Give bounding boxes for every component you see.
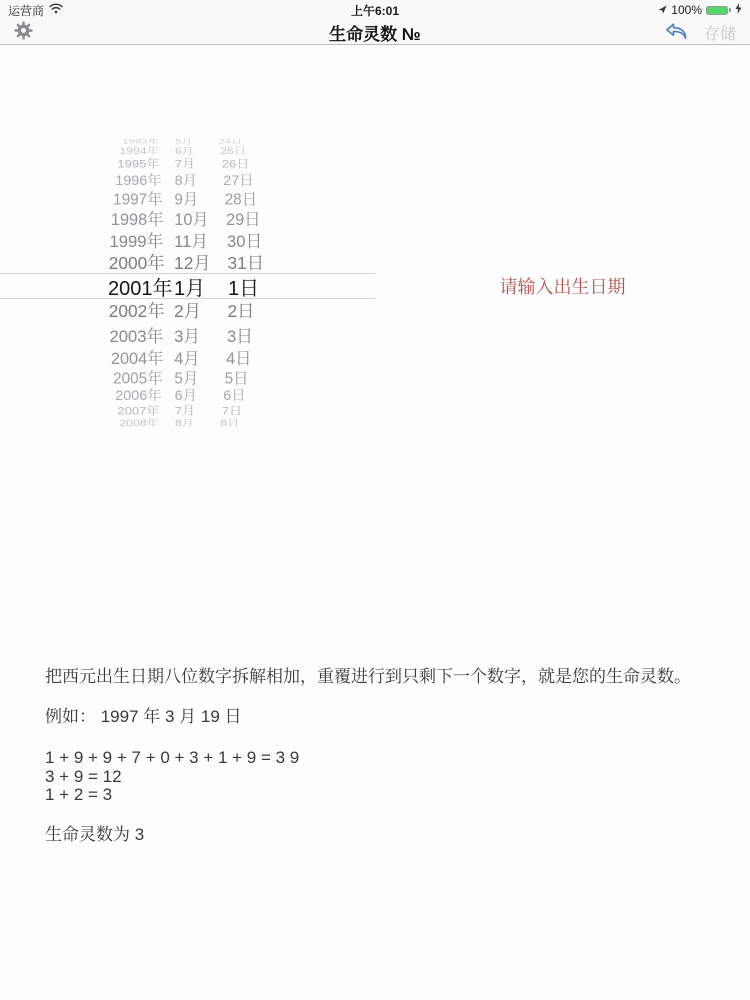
picker-row[interactable]: 2008年8月8日: [29, 419, 344, 426]
undo-button[interactable]: [664, 21, 688, 44]
picker-day: 30日: [227, 227, 262, 252]
picker-year: 2001年: [108, 272, 174, 301]
battery-icon: [706, 6, 731, 15]
explanation-section: 把西元出生日期八位数字拆解相加，重覆进行到只剩下一个数字，就是您的生命灵数。 例…: [45, 666, 710, 846]
picker-day: 31日: [228, 250, 265, 275]
picker-month: 9月: [175, 427, 218, 429]
picker-row[interactable]: 1995年7月26日: [23, 158, 349, 169]
picker-row[interactable]: 1993年5月24日: [36, 139, 336, 143]
equations-block: 1 + 9 + 9 + 7 + 0 + 3 + 1 + 9 = 3 9 3 + …: [45, 749, 710, 805]
picker-row[interactable]: 1997年9月28日: [13, 188, 362, 206]
picker-row-selected[interactable]: 2001年1月1日: [0, 274, 375, 299]
picker-year: 2000年: [109, 250, 174, 275]
picker-year: 2003年: [109, 322, 174, 347]
picker-row[interactable]: 1996年8月27日: [18, 172, 356, 187]
picker-month: 12月: [174, 250, 227, 275]
settings-button[interactable]: [14, 21, 33, 43]
picker-day: 2日: [228, 298, 255, 323]
date-picker[interactable]: 1993年5月24日1994年6月25日1995年7月26日1996年8月27日…: [0, 137, 375, 429]
picker-month: 11月: [174, 227, 227, 252]
picker-row[interactable]: 2003年3月3日: [4, 323, 372, 346]
picker-month: 1月: [174, 272, 228, 301]
picker-selection-line-bottom: [0, 298, 375, 299]
picker-row[interactable]: 2005年5月5日: [13, 367, 362, 385]
picker-year: 2002年: [109, 298, 174, 323]
picker-month: 6月: [175, 384, 224, 404]
charging-bolt-icon: [735, 3, 742, 17]
clock: 上午6:01: [0, 2, 750, 19]
picker-row[interactable]: 2007年7月7日: [23, 404, 349, 415]
navigation-bar: 生命灵数 № 存储: [0, 20, 750, 45]
picker-year: 2006年: [115, 384, 174, 404]
equation-line: 3 + 9 = 12: [45, 768, 710, 787]
explanation-intro: 把西元出生日期八位数字拆解相加，重覆进行到只剩下一个数字，就是您的生命灵数。: [45, 666, 710, 688]
picker-year: 1999年: [109, 227, 174, 252]
picker-row[interactable]: 2002年2月2日: [2, 299, 373, 323]
picker-row[interactable]: 2004年4月4日: [7, 346, 367, 367]
picker-row[interactable]: 1999年11月30日: [4, 228, 372, 251]
status-bar: 运营商 上午6:01 100%: [0, 0, 750, 20]
picker-month: 3月: [174, 322, 227, 347]
undo-arrow-icon: [664, 21, 688, 44]
battery-percent: 100%: [671, 3, 702, 17]
equation-line: 1 + 9 + 9 + 7 + 0 + 3 + 1 + 9 = 3 9: [45, 749, 710, 768]
save-button[interactable]: 存储: [704, 21, 736, 44]
birthdate-prompt: 请输入出生日期: [375, 273, 750, 298]
picker-day: 9日: [218, 427, 235, 429]
page-title: 生命灵数 №: [0, 20, 750, 45]
location-arrow-icon: [658, 3, 667, 17]
picker-day: 1日: [228, 272, 259, 301]
gear-icon: [14, 21, 33, 43]
picker-row[interactable]: 2000年12月31日: [2, 251, 373, 275]
picker-day: 6日: [223, 384, 245, 404]
picker-selection-line-top: [0, 273, 375, 274]
picker-day: 3日: [227, 322, 253, 347]
equation-line: 1 + 2 = 3: [45, 786, 710, 805]
result-line: 生命灵数为 3: [45, 824, 710, 846]
picker-row[interactable]: 1994年6月25日: [29, 147, 344, 154]
picker-row[interactable]: 2006年6月6日: [18, 387, 356, 402]
example-date: 例如： 1997 年 3 月 19 日: [45, 706, 710, 728]
picker-month: 2月: [174, 298, 227, 323]
picker-year: 2009年: [122, 427, 175, 429]
picker-row[interactable]: 1998年10月29日: [7, 207, 367, 228]
